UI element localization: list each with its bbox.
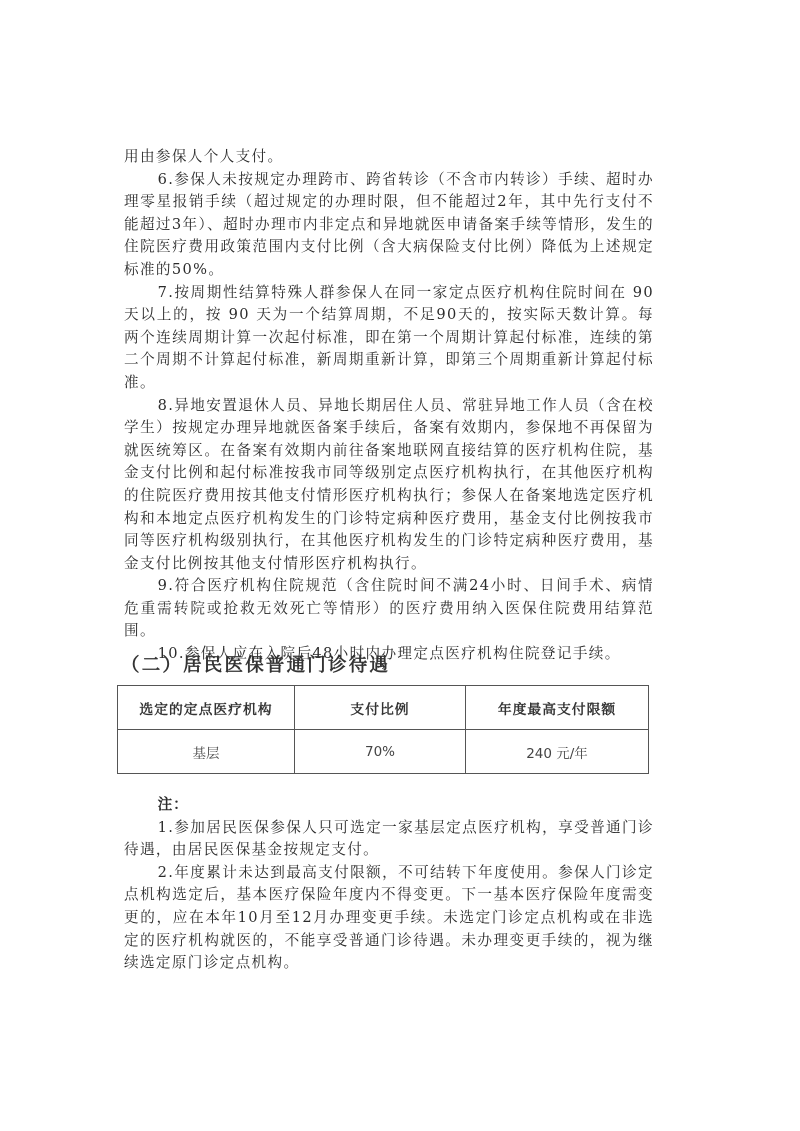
note-item-2: 2.年度累计未达到最高支付限额，不可结转下年度使用。参保人门诊定点机构选定后，基… — [124, 862, 654, 975]
body-text-block: 用由参保人个人支付。 6.参保人未按规定办理跨市、跨省转诊（不含市内转诊）手续、… — [124, 146, 654, 666]
table-row: 基层 70% 240 元/年 — [118, 730, 649, 774]
cell-institution-level: 基层 — [118, 730, 295, 774]
outpatient-benefits-table: 选定的定点医疗机构 支付比例 年度最高支付限额 基层 70% 240 元/年 — [117, 685, 648, 774]
paragraph-item-7: 7.按周期性结算特殊人群参保人在同一家定点医疗机构住院时间在 90 天以上的，按… — [124, 282, 654, 395]
notes-label: 注： — [124, 794, 654, 817]
notes-block: 注： 1.参加居民医保参保人只可选定一家基层定点医疗机构，享受普通门诊待遇，由居… — [124, 794, 654, 975]
paragraph-item-9: 9.符合医疗机构住院规范（含住院时间不满24小时、日间手术、病情危重需转院或抢救… — [124, 575, 654, 643]
paragraph-item-8: 8.异地安置退休人员、异地长期居住人员、常驻异地工作人员（含在校学生）按规定办理… — [124, 395, 654, 576]
section-heading: （二）居民医保普通门诊待遇 — [121, 651, 390, 677]
header-designated-institution: 选定的定点医疗机构 — [118, 686, 295, 730]
table-header-row: 选定的定点医疗机构 支付比例 年度最高支付限额 — [118, 686, 649, 730]
cell-annual-limit: 240 元/年 — [466, 730, 649, 774]
cell-payment-ratio: 70% — [295, 730, 466, 774]
note-item-1: 1.参加居民医保参保人只可选定一家基层定点医疗机构，享受普通门诊待遇，由居民医保… — [124, 817, 654, 862]
header-payment-ratio: 支付比例 — [295, 686, 466, 730]
paragraph-continuation: 用由参保人个人支付。 — [124, 146, 654, 169]
header-annual-max-limit: 年度最高支付限额 — [466, 686, 649, 730]
paragraph-item-6: 6.参保人未按规定办理跨市、跨省转诊（不含市内转诊）手续、超时办理零星报销手续（… — [124, 169, 654, 282]
